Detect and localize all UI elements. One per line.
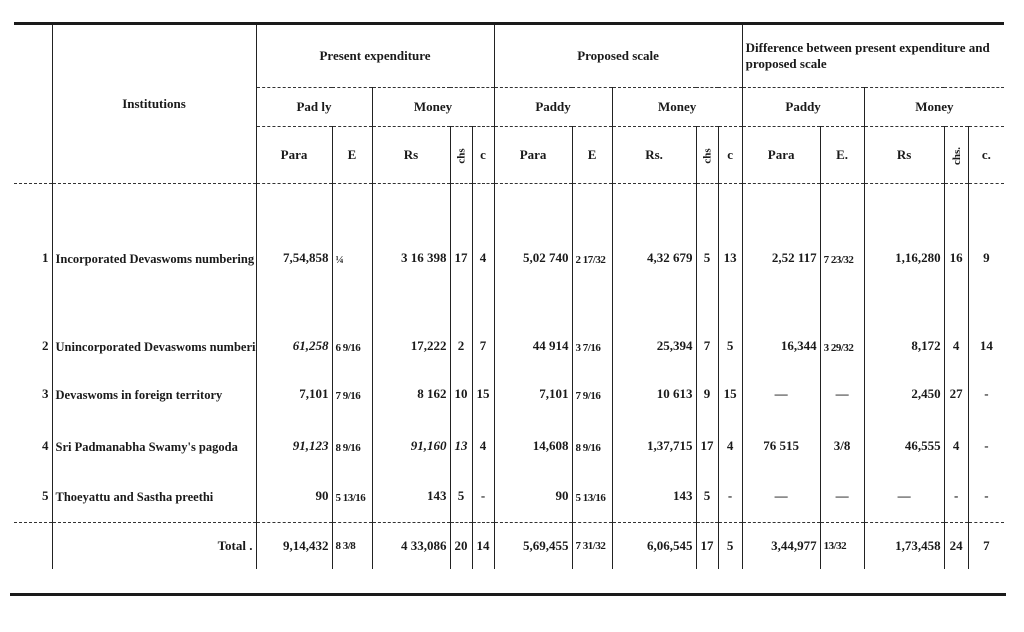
difference-rs: 1,16,280 (864, 184, 944, 271)
present-para: 90 (256, 458, 332, 508)
present-para-header: Para (256, 127, 332, 184)
present-para: 91,123 (256, 406, 332, 458)
present-e: 8 9/16 (332, 406, 372, 458)
total-proposed-para: 5,69,455 (494, 523, 572, 570)
difference-chs: 16 (944, 184, 968, 271)
proposed-e: 3 7/16 (572, 270, 612, 358)
difference-e: 7 23/32 (820, 184, 864, 271)
difference-c: - (968, 406, 1004, 458)
proposed-e: 8 9/16 (572, 406, 612, 458)
proposed-chs: 5 (696, 184, 718, 271)
proposed-rs: 4,32 679 (612, 184, 696, 271)
total-proposed-rs: 6,06,545 (612, 523, 696, 570)
proposed-rs-header: Rs. (612, 127, 696, 184)
proposed-chs: 9 (696, 358, 718, 406)
proposed-para: 5,02 740 (494, 184, 572, 271)
spacer-cell (494, 508, 572, 523)
difference-para: 16,344 (742, 270, 820, 358)
present-e: 7 9/16 (332, 358, 372, 406)
difference-chs: - (944, 458, 968, 508)
present-rs: 91,160 (372, 406, 450, 458)
difference-rs: 2,450 (864, 358, 944, 406)
difference-chs: 27 (944, 358, 968, 406)
total-present-chs: 20 (450, 523, 472, 570)
row-number-header (14, 25, 52, 184)
present-expenditure-header: Present expenditure (256, 25, 494, 88)
proposed-c: 13 (718, 184, 742, 271)
total-difference-c: 7 (968, 523, 1004, 570)
row-number: 2 (14, 270, 52, 358)
total-present-para: 9,14,432 (256, 523, 332, 570)
difference-para: 76 515 (742, 406, 820, 458)
proposed-scale-header: Proposed scale (494, 25, 742, 88)
institution-name: Sri Padmanabha Swamy's pagoda (52, 406, 256, 458)
present-c: - (472, 458, 494, 508)
document-page: Institutions Present expenditure Propose… (0, 0, 1024, 632)
present-chs: 13 (450, 406, 472, 458)
institutions-header: Institutions (52, 25, 256, 184)
present-e: 6 9/16 (332, 270, 372, 358)
table-row: 2 Unincorporated Devaswoms numbering 118… (14, 270, 1004, 358)
total-difference-para: 3,44,977 (742, 523, 820, 570)
spacer-cell (450, 508, 472, 523)
proposed-c: 15 (718, 358, 742, 406)
difference-e: — (820, 458, 864, 508)
spacer-cell (820, 508, 864, 523)
spacer-cell (944, 508, 968, 523)
present-rs: 143 (372, 458, 450, 508)
total-label: Total . (52, 523, 256, 570)
proposed-para-header: Para (494, 127, 572, 184)
proposed-para: 90 (494, 458, 572, 508)
separator-row (14, 508, 1004, 523)
expenditure-table: Institutions Present expenditure Propose… (14, 25, 1004, 569)
proposed-para: 14,608 (494, 406, 572, 458)
proposed-e-header: E (572, 127, 612, 184)
spacer-cell (52, 508, 256, 523)
spacer-cell (864, 508, 944, 523)
institution-name: Thoeyattu and Sastha preethi (52, 458, 256, 508)
proposed-e: 5 13/16 (572, 458, 612, 508)
present-c: 4 (472, 184, 494, 271)
difference-para: — (742, 358, 820, 406)
table-row: 4 Sri Padmanabha Swamy's pagoda 91,123 8… (14, 406, 1004, 458)
proposed-e: 2 17/32 (572, 184, 612, 271)
spacer-cell (14, 508, 52, 523)
difference-paddy-header: Paddy (742, 88, 864, 127)
present-money-header: Money (372, 88, 494, 127)
difference-c: 9 (968, 184, 1004, 271)
present-rs: 3 16 398 (372, 184, 450, 271)
total-row: Total . 9,14,432 8 3/8 4 33,086 20 14 5,… (14, 523, 1004, 570)
total-proposed-c: 5 (718, 523, 742, 570)
proposed-rs: 1,37,715 (612, 406, 696, 458)
spacer-cell (612, 508, 696, 523)
bottom-rule (10, 593, 1006, 596)
present-c: 15 (472, 358, 494, 406)
proposed-c: 5 (718, 270, 742, 358)
present-paddy-header: Pad ly (256, 88, 372, 127)
total-proposed-chs: 17 (696, 523, 718, 570)
proposed-para: 44 914 (494, 270, 572, 358)
spacer-cell (372, 508, 450, 523)
row-number: 5 (14, 458, 52, 508)
proposed-rs: 25,394 (612, 270, 696, 358)
institution-name: Devaswoms in foreign territory (52, 358, 256, 406)
difference-para: — (742, 458, 820, 508)
difference-para-header: Para (742, 127, 820, 184)
difference-rs: — (864, 458, 944, 508)
difference-c: - (968, 358, 1004, 406)
difference-money-header: Money (864, 88, 1004, 127)
proposed-c: - (718, 458, 742, 508)
present-para: 61,258 (256, 270, 332, 358)
proposed-c: 4 (718, 406, 742, 458)
spacer-cell (472, 508, 494, 523)
total-difference-rs: 1,73,458 (864, 523, 944, 570)
table-row: 1 Incorporated Devaswoms numbering 375 b… (14, 184, 1004, 271)
difference-chs-header: chs. (944, 127, 968, 184)
institution-name: Unincorporated Devaswoms numbering 1186 … (52, 270, 256, 358)
total-proposed-e: 7 31/32 (572, 523, 612, 570)
present-c-header: c (472, 127, 494, 184)
proposed-rs: 10 613 (612, 358, 696, 406)
table-row: 3 Devaswoms in foreign territory 7,101 7… (14, 358, 1004, 406)
total-present-e: 8 3/8 (332, 523, 372, 570)
total-difference-e: 13/32 (820, 523, 864, 570)
header-row-groups: Institutions Present expenditure Propose… (14, 25, 1004, 88)
difference-c: 14 (968, 270, 1004, 358)
total-number-cell (14, 523, 52, 570)
present-e: ¼ (332, 184, 372, 271)
difference-e: — (820, 358, 864, 406)
proposed-chs: 17 (696, 406, 718, 458)
present-chs: 17 (450, 184, 472, 271)
difference-c-header: c. (968, 127, 1004, 184)
spacer-cell (572, 508, 612, 523)
proposed-c-header: c (718, 127, 742, 184)
proposed-paddy-header: Paddy (494, 88, 612, 127)
spacer-cell (256, 508, 332, 523)
difference-e: 3 29/32 (820, 270, 864, 358)
difference-rs: 46,555 (864, 406, 944, 458)
institution-name: Incorporated Devaswoms numbering 375 but… (52, 184, 256, 271)
row-number: 4 (14, 406, 52, 458)
present-chs: 2 (450, 270, 472, 358)
spacer-cell (332, 508, 372, 523)
difference-chs: 4 (944, 406, 968, 458)
difference-chs: 4 (944, 270, 968, 358)
proposed-e: 7 9/16 (572, 358, 612, 406)
difference-e: 3/8 (820, 406, 864, 458)
present-rs: 17,222 (372, 270, 450, 358)
proposed-chs-header: chs (696, 127, 718, 184)
difference-rs-header: Rs (864, 127, 944, 184)
difference-e-header: E. (820, 127, 864, 184)
present-para: 7,101 (256, 358, 332, 406)
present-e-header: E (332, 127, 372, 184)
table-row: 5 Thoeyattu and Sastha preethi 90 5 13/1… (14, 458, 1004, 508)
spacer-cell (968, 508, 1004, 523)
present-c: 4 (472, 406, 494, 458)
present-e: 5 13/16 (332, 458, 372, 508)
present-c: 7 (472, 270, 494, 358)
total-difference-chs: 24 (944, 523, 968, 570)
spacer-cell (742, 508, 820, 523)
present-rs-header: Rs (372, 127, 450, 184)
spacer-cell (718, 508, 742, 523)
row-number: 3 (14, 358, 52, 406)
present-chs: 10 (450, 358, 472, 406)
difference-para: 2,52 117 (742, 184, 820, 271)
total-present-c: 14 (472, 523, 494, 570)
present-chs: 5 (450, 458, 472, 508)
difference-header: Difference between present expenditure a… (742, 25, 1004, 88)
proposed-chs: 7 (696, 270, 718, 358)
present-chs-header: chs (450, 127, 472, 184)
proposed-para: 7,101 (494, 358, 572, 406)
proposed-money-header: Money (612, 88, 742, 127)
spacer-cell (696, 508, 718, 523)
present-rs: 8 162 (372, 358, 450, 406)
proposed-chs: 5 (696, 458, 718, 508)
row-number: 1 (14, 184, 52, 271)
total-present-rs: 4 33,086 (372, 523, 450, 570)
difference-rs: 8,172 (864, 270, 944, 358)
present-para: 7,54,858 (256, 184, 332, 271)
difference-c: - (968, 458, 1004, 508)
proposed-rs: 143 (612, 458, 696, 508)
